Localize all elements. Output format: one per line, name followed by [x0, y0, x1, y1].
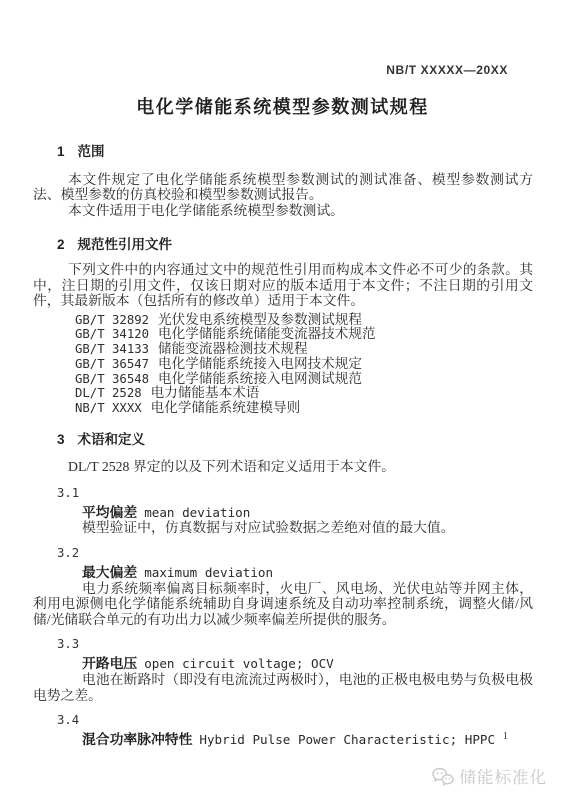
reference-code: GB/T 34120 [75, 327, 149, 341]
section-heading-scope: 1范围 [57, 144, 532, 160]
watermark-label: 储能标准化 [460, 764, 548, 788]
doc-number: NB/T XXXXX—20XX [0, 0, 565, 77]
reference-title: 电力储能基本术语 [151, 385, 260, 400]
scope-paragraph-2: 本文件适用于电化学储能系统模型参数测试。 [33, 203, 533, 219]
term-chinese: 平均偏差 [82, 505, 137, 520]
reference-code: GB/T 36547 [75, 357, 149, 371]
term-english: maximum deviation [144, 565, 273, 580]
references-intro: 下列文件中的内容通过文中的规范性引用而构成本文件必不可少的条款。其中，注日期的引… [33, 262, 533, 309]
term-english: open circuit voltage; OCV [144, 656, 334, 671]
wechat-icon [431, 766, 455, 787]
term-chinese: 开路电压 [82, 656, 137, 671]
term-definition: 电池在断路时（即没有电流流过两极时），电池的正极电极电势与负极电极电势之差。 [33, 672, 533, 703]
reference-title: 储能变流器检测技术规程 [158, 341, 308, 356]
reference-item: GB/T 34133储能变流器检测技术规程 [75, 342, 535, 357]
term-english: Hybrid Pulse Power Characteristic; HPPC [199, 732, 495, 747]
scope-paragraph-1: 本文件规定了电化学储能系统模型参数测试的测试准备、模型参数测试方法、模型参数的仿… [33, 172, 533, 203]
section-label: 规范性引用文件 [78, 237, 173, 252]
term-clause-number: 3.3 [57, 637, 565, 652]
reference-title: 电化学储能系统接入电网技术规定 [158, 356, 362, 371]
reference-code: DL/T 2528 [75, 386, 142, 400]
term-chinese: 最大偏差 [82, 565, 137, 580]
section-label: 范围 [78, 144, 105, 159]
section-label: 术语和定义 [78, 432, 146, 447]
term-title: 最大偏差maximum deviation [82, 565, 565, 581]
section-number: 3 [57, 432, 65, 448]
section-heading-references: 2规范性引用文件 [57, 237, 532, 253]
term-clause-number: 3.2 [57, 546, 565, 561]
terms-intro: DL/T 2528 界定的以及下列术语和定义适用于本文件。 [33, 459, 533, 475]
term-title: 混合功率脉冲特性Hybrid Pulse Power Characteristi… [82, 732, 565, 748]
term-definition: 电力系统频率偏离目标频率时，火电厂、风电场、光伏电站等并网主体，利用电源侧电化学… [33, 581, 533, 628]
watermark: 储能标准化 [431, 764, 548, 788]
references-list: GB/T 32892光伏发电系统模型及参数测试规程 GB/T 34120电化学储… [0, 313, 565, 416]
reference-code: NB/T XXXX [75, 401, 142, 415]
term-chinese: 混合功率脉冲特性 [82, 732, 192, 747]
page-number: 1 [503, 731, 508, 742]
term-title: 平均偏差mean deviation [82, 505, 565, 521]
reference-item: GB/T 36548电化学储能系统接入电网测试规范 [75, 372, 535, 387]
section-heading-terms: 3术语和定义 [57, 432, 532, 448]
term-clause-number: 3.4 [57, 713, 565, 728]
term-title: 开路电压open circuit voltage; OCV [82, 656, 565, 672]
term-definition: 模型验证中，仿真数据与对应试验数据之差绝对值的最大值。 [33, 520, 533, 536]
document-page: NB/T XXXXX—20XX 电化学储能系统模型参数测试规程 1范围 本文件规… [0, 0, 565, 800]
reference-title: 电化学储能系统储能变流器技术规范 [158, 326, 376, 341]
reference-code: GB/T 32892 [75, 313, 149, 327]
reference-title: 电化学储能系统接入电网测试规范 [158, 371, 362, 386]
section-number: 1 [57, 144, 65, 160]
term-english: mean deviation [144, 505, 250, 520]
page-title: 电化学储能系统模型参数测试规程 [0, 93, 565, 119]
reference-item: GB/T 36547电化学储能系统接入电网技术规定 [75, 357, 535, 372]
reference-code: GB/T 36548 [75, 372, 149, 386]
section-number: 2 [57, 237, 65, 253]
reference-item: DL/T 2528电力储能基本术语 [75, 386, 535, 401]
reference-item: GB/T 34120电化学储能系统储能变流器技术规范 [75, 327, 535, 342]
reference-item: NB/T XXXX电化学储能系统建模导则 [75, 401, 535, 416]
reference-code: GB/T 34133 [75, 342, 149, 356]
reference-title: 电化学储能系统建模导则 [151, 400, 301, 415]
reference-title: 光伏发电系统模型及参数测试规程 [158, 312, 362, 327]
term-clause-number: 3.1 [57, 486, 565, 501]
